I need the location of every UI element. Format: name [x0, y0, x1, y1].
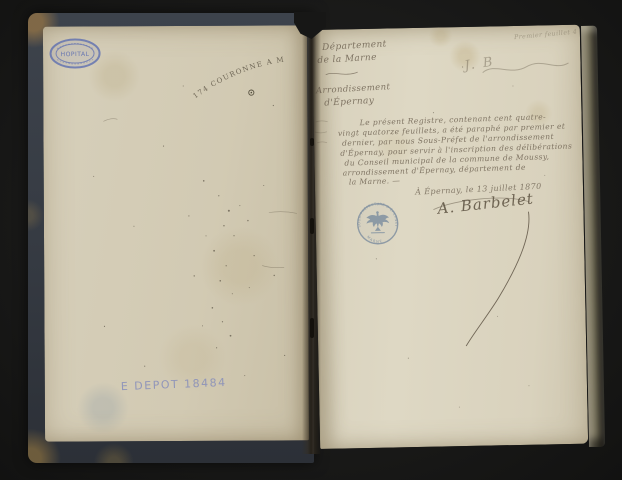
stitch-mark: [310, 138, 314, 146]
archival-scan-viewer: HOPITAL 174 COURONNE A M: [0, 0, 622, 480]
left-page: HOPITAL 174 COURONNE A M: [43, 25, 309, 441]
stitch-mark: [310, 218, 314, 234]
stitch-mark: [310, 318, 314, 338]
book-gutter: [302, 18, 321, 454]
signature-flourish: [312, 25, 588, 449]
right-page: Département de la Marne Arrondissement d…: [312, 25, 588, 449]
